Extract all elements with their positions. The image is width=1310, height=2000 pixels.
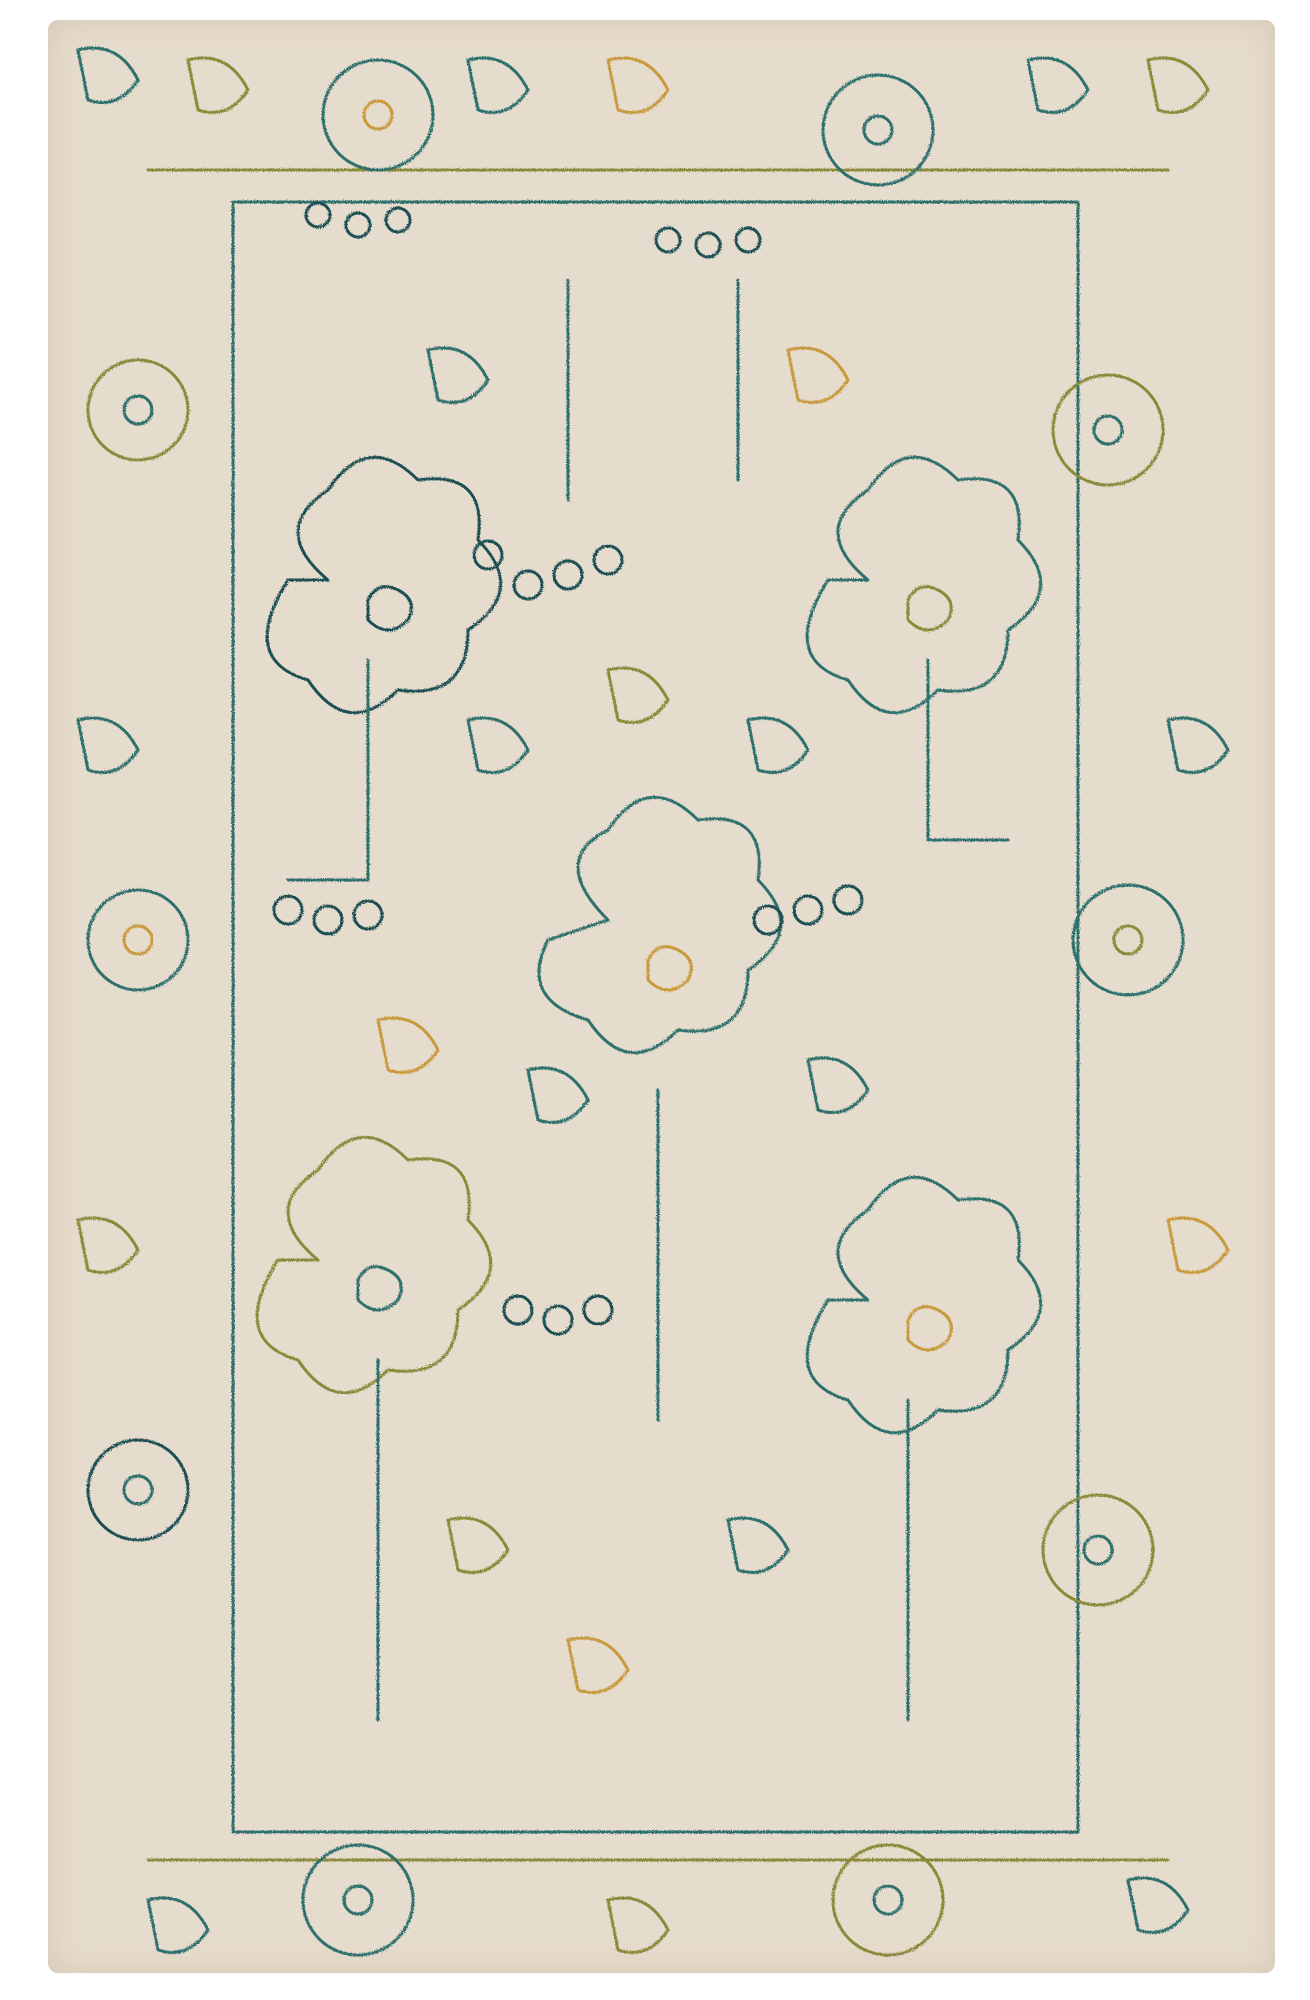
floral-pattern: [48, 20, 1275, 1973]
rug: [48, 20, 1275, 1973]
inner-border: [233, 202, 1078, 1832]
